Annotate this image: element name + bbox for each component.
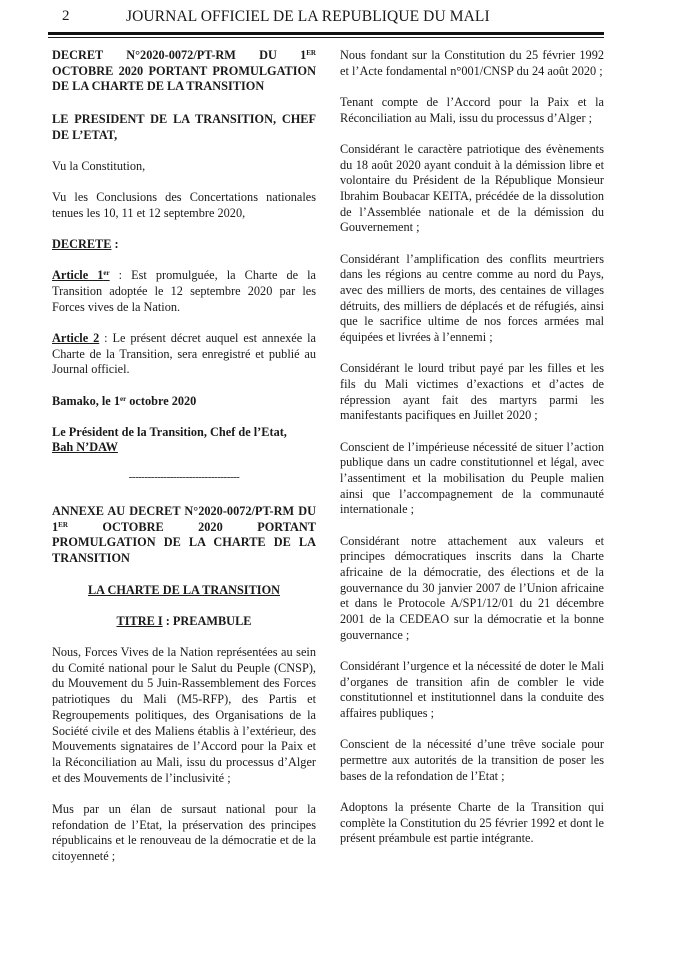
annex-title: ANNEXE AU DECRET N°2020-0072/PT-RM DU 1E… [52,504,316,567]
journal-title: JOURNAL OFFICIEL DE LA REPUBLIQUE DU MAL… [126,8,490,26]
right-paragraph-9: Conscient de la nécessité d’une trêve so… [340,737,604,784]
place-date-rest: octobre 2020 [126,394,196,408]
page-header: 2 JOURNAL OFFICIEL DE LA REPUBLIQUE DU M… [48,8,604,30]
header-rule-thin [48,37,604,38]
right-paragraph-8: Considérant l’urgence et la nécessité de… [340,659,604,722]
preamble-paragraph-1: Nous, Forces Vives de la Nation représen… [52,645,316,786]
page-number: 2 [62,8,70,25]
right-paragraph-6: Conscient de l’impérieuse nécessité de s… [340,440,604,519]
article-2-label: Article 2 [52,331,99,345]
titre-rest: : PREAMBULE [163,614,252,628]
signature-block: Le Président de la Transition, Chef de l… [52,425,316,456]
decrete-colon: : [111,237,118,251]
place-date-text: Bamako, le 1 [52,394,120,408]
article-1-label-text: Article 1 [52,268,103,282]
right-column: Nous fondant sur la Constitution du 25 f… [340,48,604,863]
right-paragraph-3: Considérant le caractère patriotique des… [340,142,604,236]
annex-title-sup: ER [58,521,68,529]
decrete-label: DECRETE [52,237,111,251]
right-paragraph-7: Considérant notre attachement aux valeur… [340,534,604,644]
right-paragraph-1: Nous fondant sur la Constitution du 25 f… [340,48,604,79]
decree-title-sup: ER [306,49,316,57]
annex-title-rest: OCTOBRE 2020 PORTANT PROMULGATION DE LA … [52,520,316,565]
right-paragraph-2: Tenant compte de l’Accord pour la Paix e… [340,95,604,126]
decree-title: DECRET N°2020-0072/PT-RM DU 1ER OCTOBRE … [52,48,316,95]
article-1: Article 1er : Est promulguée, la Charte … [52,268,316,315]
titre-label: TITRE I [117,614,163,628]
vu-constitution: Vu la Constitution, [52,159,316,175]
president-heading: LE PRESIDENT DE LA TRANSITION, CHEF DE L… [52,112,316,143]
right-paragraph-4: Considérant l’amplification des conflits… [340,252,604,346]
header-rule-thick [48,32,604,35]
decree-title-rest: OCTOBRE 2020 PORTANT PROMULGATION DE LA … [52,64,316,94]
section-separator: ----------------------------------- [52,470,316,486]
signatory-title: Le Président de la Transition, Chef de l… [52,425,287,439]
decree-title-text: DECRET N°2020-0072/PT-RM DU 1 [52,48,306,62]
place-date: Bamako, le 1er octobre 2020 [52,394,316,410]
right-paragraph-5: Considérant le lourd tribut payé par les… [340,361,604,424]
charter-title: LA CHARTE DE LA TRANSITION [52,583,316,599]
article-2: Article 2 : Le présent décret auquel est… [52,331,316,378]
left-column: DECRET N°2020-0072/PT-RM DU 1ER OCTOBRE … [52,48,316,880]
right-paragraph-10: Adoptons la présente Charte de la Transi… [340,800,604,847]
signatory-name: Bah N’DAW [52,440,118,454]
decrete-heading: DECRETE : [52,237,316,253]
article-1-label: Article 1er [52,268,110,282]
vu-conclusions: Vu les Conclusions des Concertations nat… [52,190,316,221]
charter-title-text: LA CHARTE DE LA TRANSITION [88,583,280,597]
preamble-paragraph-2: Mus par un élan de sursaut national pour… [52,802,316,865]
titre-heading: TITRE I : PREAMBULE [52,614,316,630]
